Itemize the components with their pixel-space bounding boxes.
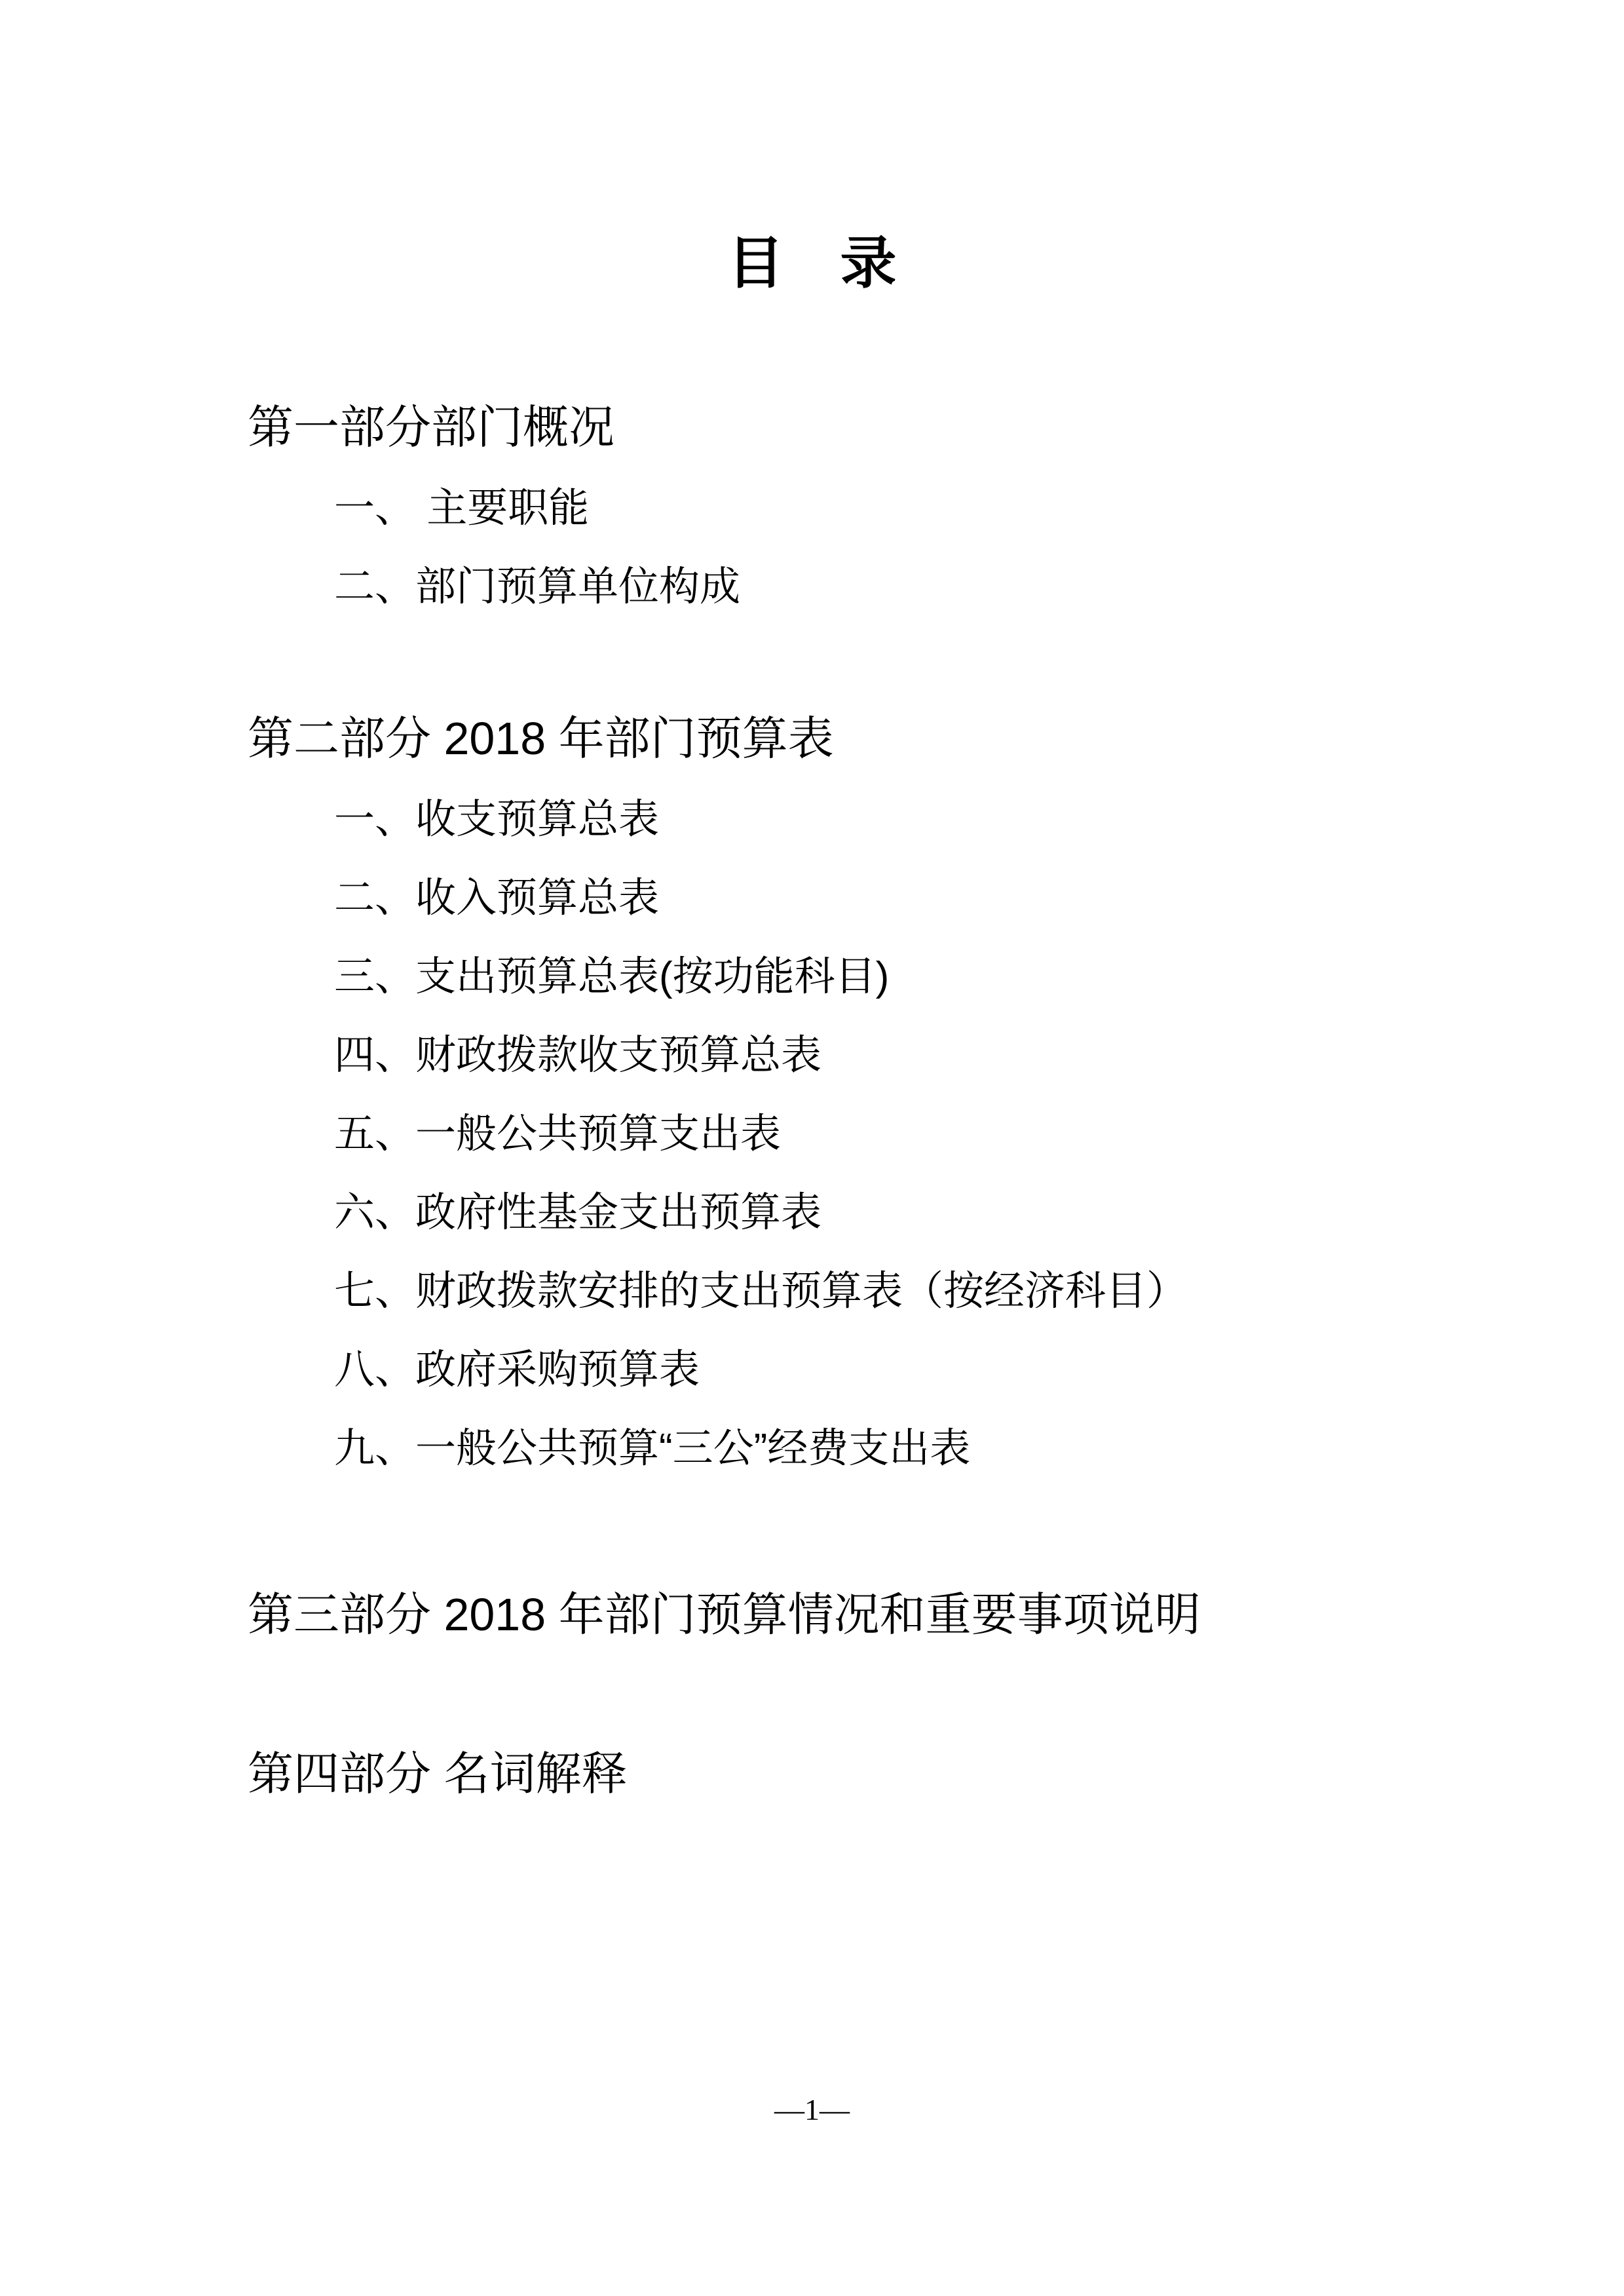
section-items: 一、 主要职能 二、部门预算单位构成	[248, 469, 1376, 626]
section-items: 一、收支预算总表 二、收入预算总表 三、支出预算总表(按功能科目) 四、财政拨款…	[248, 780, 1376, 1488]
toc-item: 五、一般公共预算支出表	[248, 1095, 1376, 1174]
toc-item: 六、政府性基金支出预算表	[248, 1174, 1376, 1252]
section-heading-part2: 第二部分 2018 年部门预算表	[248, 715, 1376, 762]
document-page: 目 录 第一部分部门概况 一、 主要职能 二、部门预算单位构成 第二部分 201…	[0, 0, 1624, 2296]
toc-item: 九、一般公共预算“三公”经费支出表	[248, 1409, 1376, 1488]
toc-item: 一、收支预算总表	[248, 780, 1376, 859]
section-heading-part3: 第三部分 2018 年部门预算情况和重要事项说明	[248, 1591, 1376, 1638]
page-number: —1—	[0, 2094, 1624, 2126]
toc-item: 二、收入预算总表	[248, 859, 1376, 938]
toc-item: 八、政府采购预算表	[248, 1331, 1376, 1409]
section-budget-notes: 第三部分 2018 年部门预算情况和重要事项说明	[248, 1591, 1376, 1638]
section-heading-part4: 第四部分 名词解释	[248, 1750, 1376, 1797]
section-glossary: 第四部分 名词解释	[248, 1750, 1376, 1797]
toc-item: 四、财政拨款收支预算总表	[248, 1016, 1376, 1095]
page-title: 目 录	[248, 235, 1376, 292]
toc-item: 二、部门预算单位构成	[248, 548, 1376, 626]
toc-item: 三、支出预算总表(按功能科目)	[248, 938, 1376, 1016]
section-budget-tables: 第二部分 2018 年部门预算表 一、收支预算总表 二、收入预算总表 三、支出预…	[248, 715, 1376, 1488]
section-overview: 第一部分部门概况 一、 主要职能 二、部门预算单位构成	[248, 404, 1376, 626]
toc-item: 一、 主要职能	[248, 469, 1376, 548]
section-heading-part1: 第一部分部门概况	[248, 404, 1376, 451]
toc-item: 七、财政拨款安排的支出预算表（按经济科目）	[248, 1252, 1376, 1331]
